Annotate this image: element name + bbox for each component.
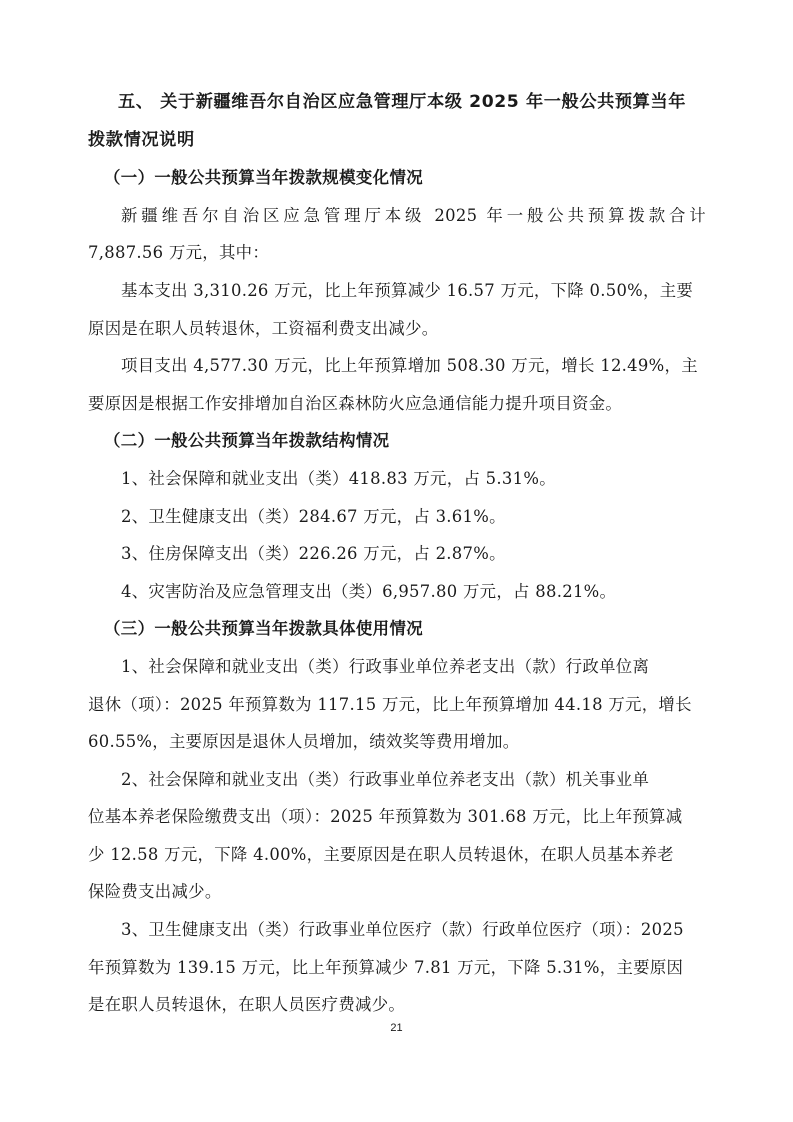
subsection-1-heading: （一）一般公共预算当年拨款规模变化情况 — [88, 159, 706, 197]
document-page: 五、 关于新疆维吾尔自治区应急管理厅本级 2025 年一般公共预算当年 拨款情况… — [0, 0, 793, 1122]
paragraph-project-line-1: 项目支出 4,577.30 万元，比上年预算增加 508.30 万元，增长 12… — [88, 347, 706, 385]
usage-item-1-line-3: 60.55%，主要原因是退休人员增加，绩效奖等费用增加。 — [88, 723, 706, 761]
section-title-line-1: 五、 关于新疆维吾尔自治区应急管理厅本级 2025 年一般公共预算当年 — [88, 84, 706, 122]
paragraph-total-line-1: 新疆维吾尔自治区应急管理厅本级 2025 年一般公共预算拨款合计 — [88, 197, 706, 235]
usage-item-2-line-2: 位基本养老保险缴费支出（项）：2025 年预算数为 301.68 万元，比上年预… — [88, 798, 706, 836]
section-title-line-2: 拨款情况说明 — [88, 122, 706, 160]
usage-item-1-line-1: 1、社会保障和就业支出（类）行政事业单位养老支出（款）行政单位离 — [88, 648, 706, 686]
page-number: 21 — [0, 1022, 793, 1034]
subsection-3-heading: （三）一般公共预算当年拨款具体使用情况 — [88, 610, 706, 648]
usage-item-3-line-2: 年预算数为 139.15 万元，比上年预算减少 7.81 万元，下降 5.31%… — [88, 949, 706, 987]
usage-item-2-line-3: 少 12.58 万元，下降 4.00%，主要原因是在职人员转退休，在职人员基本养… — [88, 836, 706, 874]
subsection-2-heading: （二）一般公共预算当年拨款结构情况 — [88, 422, 706, 460]
usage-item-3-line-3: 是在职人员转退休，在职人员医疗费减少。 — [88, 986, 706, 1024]
usage-item-3-line-1: 3、卫生健康支出（类）行政事业单位医疗（款）行政单位医疗（项）：2025 — [88, 911, 706, 949]
paragraph-project-line-2: 要原因是根据工作安排增加自治区森林防火应急通信能力提升项目资金。 — [88, 385, 706, 423]
page-content: 五、 关于新疆维吾尔自治区应急管理厅本级 2025 年一般公共预算当年 拨款情况… — [88, 84, 706, 1024]
usage-item-1-line-2: 退休（项）：2025 年预算数为 117.15 万元，比上年预算增加 44.18… — [88, 686, 706, 724]
paragraph-total-line-2: 7,887.56 万元，其中： — [88, 234, 706, 272]
usage-item-2-line-1: 2、社会保障和就业支出（类）行政事业单位养老支出（款）机关事业单 — [88, 761, 706, 799]
paragraph-basic-line-1: 基本支出 3,310.26 万元，比上年预算减少 16.57 万元，下降 0.5… — [88, 272, 706, 310]
structure-item-4: 4、灾害防治及应急管理支出（类）6,957.80 万元，占 88.21%。 — [88, 573, 706, 611]
structure-item-2: 2、卫生健康支出（类）284.67 万元，占 3.61%。 — [88, 498, 706, 536]
usage-item-2-line-4: 保险费支出减少。 — [88, 873, 706, 911]
paragraph-basic-line-2: 原因是在职人员转退休，工资福利费支出减少。 — [88, 310, 706, 348]
structure-item-3: 3、住房保障支出（类）226.26 万元，占 2.87%。 — [88, 535, 706, 573]
structure-item-1: 1、社会保障和就业支出（类）418.83 万元，占 5.31%。 — [88, 460, 706, 498]
